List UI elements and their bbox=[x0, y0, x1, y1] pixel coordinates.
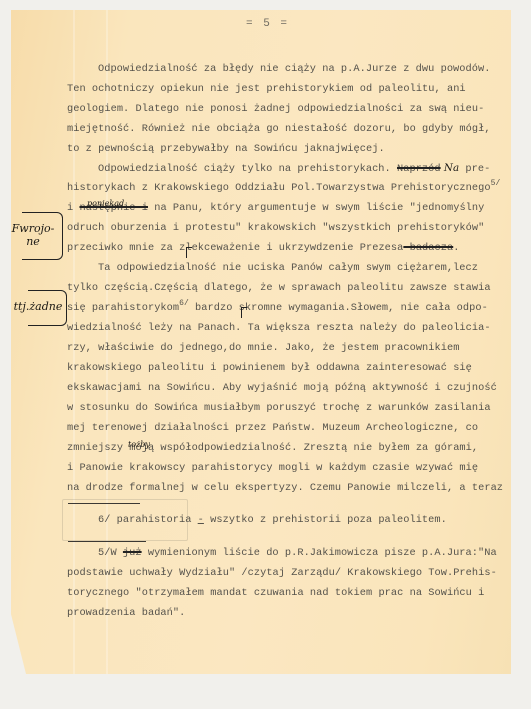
text-run: geologiem. Dlatego nie ponosi żadnej odp… bbox=[67, 103, 484, 115]
text-run: torycznego "otrzymałem mandat czuwania n… bbox=[67, 587, 484, 599]
body-line: krakowskiego paleolitu i powinienem był … bbox=[67, 362, 472, 374]
text-run: Odpowiedzialność za błędy nie ciąży na p… bbox=[98, 63, 490, 75]
text-run: tylko częścią.Częścią dlatego, że w spra… bbox=[67, 282, 491, 294]
footnote-line: 5/W już wymienionym liście do p.R.Jakimo… bbox=[98, 547, 497, 559]
handwritten-insert: tożby bbox=[128, 440, 150, 449]
body-line: rzy, właściwie do jednego,do mnie. Jako,… bbox=[67, 342, 459, 354]
body-line: Ta odpowiedzialność nie uciska Panów cał… bbox=[98, 262, 478, 274]
struck-text: Naprzód bbox=[397, 163, 441, 175]
text-run: Ta odpowiedzialność nie uciska Panów cał… bbox=[98, 262, 478, 274]
body-line: to z pewnością przebywałby na Sowińcu ja… bbox=[67, 143, 385, 155]
footnote-ref: 6/ bbox=[179, 299, 189, 308]
text-run: przeciwko mnie za bbox=[67, 242, 179, 254]
handwritten-insert: poniekąd bbox=[87, 199, 124, 208]
text-run: . bbox=[453, 242, 459, 254]
footnote-line: 6/ parahistoria - wszytko z prehistorii … bbox=[98, 514, 447, 526]
text-run: mej terenowej działalności przez Państw.… bbox=[67, 422, 478, 434]
footnote-line: podstawie uchwały Wydziału" /czytaj Zarz… bbox=[67, 567, 497, 579]
text-run: podstawie uchwały Wydziału" /czytaj Zarz… bbox=[67, 567, 497, 579]
page-number: = 5 = bbox=[246, 18, 289, 30]
text-run: historykach z Krakowskiego Oddziału Pol.… bbox=[67, 182, 491, 194]
body-line: i Panowie krakowscy parahistorycy mogli … bbox=[67, 462, 478, 474]
text-run: ekskawacjami na Sowińcu. Aby wyjaśnić mo… bbox=[67, 382, 497, 394]
body-line: odruch oburzenia i protestu" krakowskich… bbox=[67, 222, 484, 234]
footnote-ref: 5/ bbox=[491, 179, 501, 188]
text-run: w stosunku do Sowińca musiałbym poruszyć… bbox=[67, 402, 491, 414]
struck-text: badacza bbox=[403, 242, 453, 254]
body-line: w stosunku do Sowińca musiałbym poruszyć… bbox=[67, 402, 491, 414]
margin-bracket bbox=[22, 212, 63, 260]
text-run: rzy, właściwie do jednego,do mnie. Jako,… bbox=[67, 342, 459, 354]
body-line: i następnie i na Panu, który argumentuje… bbox=[67, 202, 484, 214]
text-run: 5/W bbox=[98, 547, 123, 559]
body-line: historykach z Krakowskiego Oddziału Pol.… bbox=[67, 182, 500, 194]
text-run: Ten ochotniczy opiekun nie jest prehisto… bbox=[67, 83, 466, 95]
footnote-line: prowadzenia badań". bbox=[67, 607, 185, 619]
text-run: wiedzialność leży na Panach. Ta większa … bbox=[67, 322, 491, 334]
text-run: wszytko z prehistorii poza paleolitem. bbox=[204, 514, 447, 526]
body-line: Odpowiedzialność za błędy nie ciąży na p… bbox=[98, 63, 490, 75]
footnote-rule bbox=[68, 541, 146, 542]
insertion-mark bbox=[186, 247, 192, 258]
body-line: przeciwko mnie za zlekceważenie i ukrzyw… bbox=[67, 242, 459, 254]
body-line: geologiem. Dlatego nie ponosi żadnej odp… bbox=[67, 103, 484, 115]
text-run: i bbox=[67, 202, 79, 214]
text-run: i Panowie krakowscy parahistorycy mogli … bbox=[67, 462, 478, 474]
body-line: ekskawacjami na Sowińcu. Aby wyjaśnić mo… bbox=[67, 382, 497, 394]
text-run: miejętność. Również nie obciąża go niest… bbox=[67, 123, 491, 135]
body-line: tylko częścią.Częścią dlatego, że w spra… bbox=[67, 282, 491, 294]
text-run: 6/ parahistoria bbox=[98, 514, 198, 526]
body-line: Odpowiedzialność ciąży tylko na prehisto… bbox=[98, 162, 490, 175]
text-run: zlekceważenie i ukrzywdzenie Prezesa bbox=[179, 242, 403, 254]
text-run: odruch oburzenia i protestu" krakowskich… bbox=[67, 222, 484, 234]
text-run: wymienionym liście do p.R.Jakimowicza pi… bbox=[142, 547, 497, 559]
text-run: na Panu, który argumentuje w swym liście… bbox=[148, 202, 484, 214]
body-line: mej terenowej działalności przez Państw.… bbox=[67, 422, 478, 434]
insertion-mark bbox=[241, 307, 247, 318]
text-run: bardzo skromne wymagania.Słowem, nie cał… bbox=[189, 302, 488, 314]
footnote-line: torycznego "otrzymałem mandat czuwania n… bbox=[67, 587, 484, 599]
body-line: wiedzialność leży na Panach. Ta większa … bbox=[67, 322, 491, 334]
text-run: Odpowiedzialność ciąży tylko na prehisto… bbox=[98, 163, 397, 175]
text-run: to z pewnością przebywałby na Sowińcu ja… bbox=[67, 143, 385, 155]
text-run: krakowskiego paleolitu i powinienem był … bbox=[67, 362, 472, 374]
text-run: pre- bbox=[459, 163, 490, 175]
body-line: się parahistorykom6/ bardzo skromne wyma… bbox=[67, 302, 488, 314]
struck-text: już bbox=[123, 547, 142, 559]
body-line: Ten ochotniczy opiekun nie jest prehisto… bbox=[67, 83, 466, 95]
handwritten-text: Na bbox=[441, 162, 460, 174]
body-line: miejętność. Również nie obciąża go niest… bbox=[67, 123, 491, 135]
body-line: na drodze formalnej w celu ekspertyzy. C… bbox=[67, 482, 503, 494]
text-run: się parahistorykom bbox=[67, 302, 179, 314]
margin-bracket bbox=[28, 290, 67, 326]
text-run: na drodze formalnej w celu ekspertyzy. C… bbox=[67, 482, 503, 494]
text-run: prowadzenia badań". bbox=[67, 607, 185, 619]
